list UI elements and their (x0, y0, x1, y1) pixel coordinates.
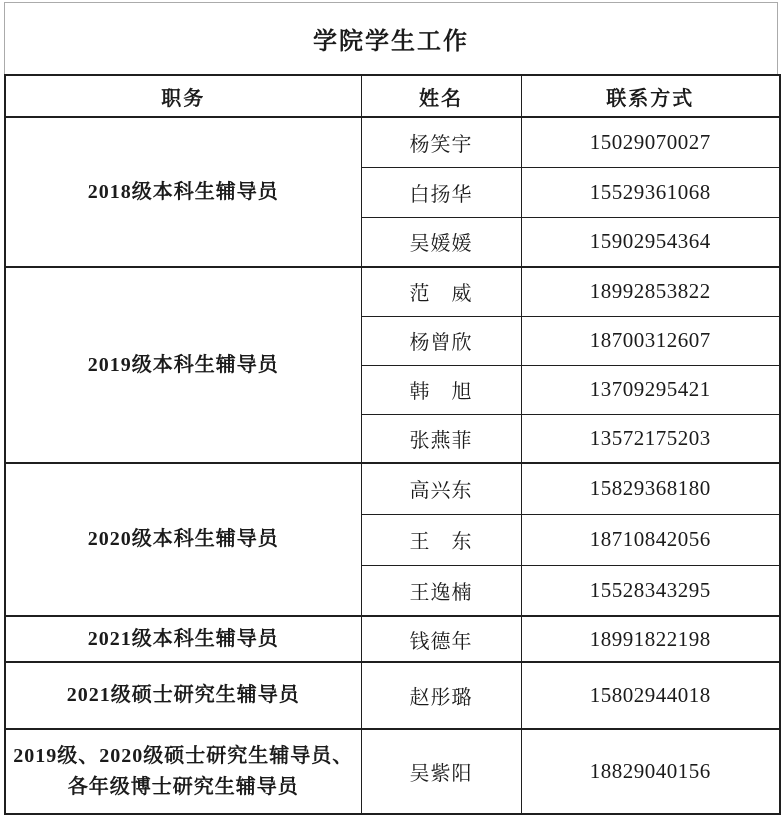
name-cell: 范 威 (361, 267, 521, 316)
table-title-box: 学院学生工作 (4, 2, 778, 74)
name-cell: 赵彤璐 (361, 662, 521, 729)
phone-cell: 15529361068 (521, 167, 780, 217)
name-cell: 张燕菲 (361, 414, 521, 463)
name-cell: 钱德年 (361, 616, 521, 662)
name-cell: 王 东 (361, 514, 521, 565)
position-cell: 2019级本科生辅导员 (5, 267, 361, 463)
name-cell: 杨曾欣 (361, 316, 521, 365)
name-cell: 吴媛媛 (361, 217, 521, 267)
column-header-name: 姓名 (361, 75, 521, 117)
position-cell: 2020级本科生辅导员 (5, 463, 361, 616)
phone-cell: 15802944018 (521, 662, 780, 729)
phone-cell: 18710842056 (521, 514, 780, 565)
column-header-contact: 联系方式 (521, 75, 780, 117)
phone-cell: 18700312607 (521, 316, 780, 365)
phone-cell: 15902954364 (521, 217, 780, 267)
phone-cell: 18829040156 (521, 729, 780, 814)
column-header-position: 职务 (5, 75, 361, 117)
position-cell: 2019级、2020级硕士研究生辅导员、 各年级博士研究生辅导员 (5, 729, 361, 814)
name-cell: 高兴东 (361, 463, 521, 514)
phone-cell: 15029070027 (521, 117, 780, 167)
name-cell: 白扬华 (361, 167, 521, 217)
table-row: 2019级本科生辅导员 范 威 18992853822 (5, 267, 780, 316)
table-row: 2019级、2020级硕士研究生辅导员、 各年级博士研究生辅导员 吴紫阳 188… (5, 729, 780, 814)
contact-table: 职务 姓名 联系方式 2018级本科生辅导员 杨笑宇 15029070027 白… (4, 74, 781, 815)
position-cell: 2021级本科生辅导员 (5, 616, 361, 662)
phone-cell: 18992853822 (521, 267, 780, 316)
phone-cell: 18991822198 (521, 616, 780, 662)
name-cell: 杨笑宇 (361, 117, 521, 167)
name-cell: 吴紫阳 (361, 729, 521, 814)
phone-cell: 15528343295 (521, 565, 780, 616)
position-cell: 2021级硕士研究生辅导员 (5, 662, 361, 729)
page-title: 学院学生工作 (313, 21, 469, 56)
table-row: 2020级本科生辅导员 高兴东 15829368180 (5, 463, 780, 514)
phone-cell: 15829368180 (521, 463, 780, 514)
phone-cell: 13709295421 (521, 365, 780, 414)
table-row: 2021级本科生辅导员 钱德年 18991822198 (5, 616, 780, 662)
table-row: 2021级硕士研究生辅导员 赵彤璐 15802944018 (5, 662, 780, 729)
table-row: 2018级本科生辅导员 杨笑宇 15029070027 (5, 117, 780, 167)
position-cell: 2018级本科生辅导员 (5, 117, 361, 267)
name-cell: 王逸楠 (361, 565, 521, 616)
name-cell: 韩 旭 (361, 365, 521, 414)
student-contact-sheet: 学院学生工作 职务 姓名 联系方式 2018级本科生辅导员 杨笑宇 150290… (0, 0, 784, 828)
header-row: 职务 姓名 联系方式 (5, 75, 780, 117)
phone-cell: 13572175203 (521, 414, 780, 463)
